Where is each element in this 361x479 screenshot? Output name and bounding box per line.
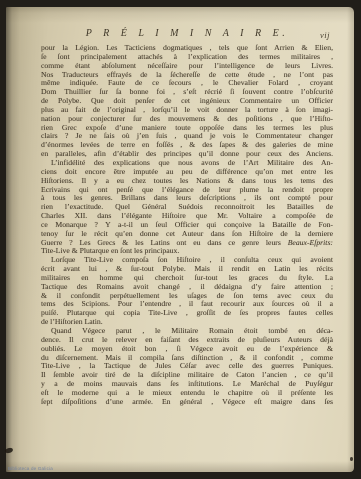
text-segment: écrit avant lui , & ſur-tout Polybe. Mai…: [41, 264, 333, 273]
library-watermark: Biblioteca de Galicia: [8, 466, 53, 471]
text-segment: Tite-Live & Plutarque en ſont les princi…: [41, 246, 179, 255]
text-segment: nation pour conjecturer ſur des mouvemen…: [41, 114, 333, 123]
text-segment: L’infidélité des explications que nous a…: [51, 158, 333, 167]
text-segment: Tactique des Romains avoit changé , il d…: [41, 282, 333, 291]
text-segment: tems des Scipions. Pour l’entendre , il …: [41, 299, 333, 308]
text-line: ſept diſpoſitions d’une armée. En généra…: [41, 398, 333, 407]
text-segment: comme étant abſolument néceſſaire pour l…: [41, 61, 333, 70]
paper-stain: [216, 127, 286, 177]
page-number: vij: [320, 30, 330, 40]
running-header: P R É L I M I N A I R E. vij: [41, 28, 333, 42]
text-segment: du diſcernement. Mais il compila ſans di…: [41, 353, 333, 362]
text-segment: Quand Végece parut , le Militaire Romain…: [51, 326, 333, 335]
text-segment: y a de moins mauvais dans ſes inſtitutio…: [41, 379, 333, 388]
text-segment: ciens doit encore être imputée au peu de…: [41, 167, 333, 176]
text-segment: Nos Traducteurs effrayés de la ſéchereſſ…: [41, 70, 333, 79]
scanned-book-page: P R É L I M I N A I R E. vij pour la Lég…: [0, 0, 361, 479]
text-segment: eſt le moderne qui a le mieux entendu le…: [41, 388, 333, 397]
text-segment: Charles XII. dans l’élégante Hiſtoire qu…: [41, 211, 333, 220]
text-segment: Dom Thuillier ſur ſa bonne foi , s’eſt r…: [41, 87, 333, 96]
text-segment: pour la Légion. Les Tacticiens dogmatiqu…: [41, 43, 333, 52]
text-segment: clairs ? Je ne ſais où j’en ſuis , quand…: [41, 131, 333, 140]
text-segment: ſe ſont principalement attachés à l’expl…: [41, 52, 333, 61]
text-segment: militaires en homme qui cherchoit ſur-to…: [41, 273, 333, 282]
text-segment: de Polybe. Que doit penſer de cet ingéni…: [41, 96, 333, 105]
text-segment: ſept diſpoſitions d’une armée. En généra…: [41, 397, 333, 406]
text-segment: rien l’exactitude. Quel Général Suédois …: [41, 202, 333, 211]
text-segment: & il confondit perpétuellement les uſage…: [41, 291, 333, 300]
text-segment: dence. Il crut le relever en faiſant des…: [41, 335, 333, 344]
text-segment: à tous les genres. Brillans dans leurs d…: [41, 193, 333, 202]
ink-speck: [350, 457, 353, 461]
text-segment: Il ſemble avoir tiré de la diſcipline mi…: [41, 370, 333, 379]
text-segment: Guerre ? Les Grecs & les Latins ont eu d…: [41, 238, 288, 247]
ink-speck: [4, 447, 13, 454]
text-segment: tenoy ſur le récit qu’en donne cet Auteu…: [41, 229, 333, 238]
text-segment: oubliés. Le moyen étoit bon , ſi Végece …: [41, 344, 333, 353]
paper-sheet: P R É L I M I N A I R E. vij pour la Lég…: [6, 7, 354, 472]
text-segment: plus au fait de l’original , lorſqu’il l…: [41, 105, 333, 114]
page-title: P R É L I M I N A I R E.: [41, 28, 333, 39]
text-segment: d’énormes levées de terre en foſſés , & …: [41, 140, 333, 149]
text-segment: Hiſtoriens. Il y a eu chez toutes les Na…: [41, 176, 333, 185]
text-segment: en paralleles, afin d’établir des princi…: [41, 149, 333, 158]
text-segment: Tite-Live , la Tactique de Jules Céſar a…: [41, 361, 333, 370]
text-segment: même indiquée. Faute de ce ſecours , le …: [41, 78, 333, 87]
page-text: pour la Légion. Les Tacticiens dogmatiqu…: [41, 44, 333, 407]
text-segment: Ecrivains qui ont penſé que l’élégance d…: [41, 185, 333, 194]
text-segment: de l’Hiſtorien Latin.: [41, 317, 103, 326]
text-segment: rien Grec expoſe d’une maniere toute opp…: [41, 123, 333, 132]
italic-text-segment: Beaux-Eſprits:: [288, 238, 333, 247]
text-segment: Lorſque Tite-Live compoſa ſon Hiſtoire ,…: [51, 255, 333, 264]
text-segment: ce Monarque ? Y a-t-il un ſeul Officier …: [41, 220, 333, 229]
text-segment: puiſé. Plutarque qui copia Tite-Live , g…: [41, 308, 333, 317]
